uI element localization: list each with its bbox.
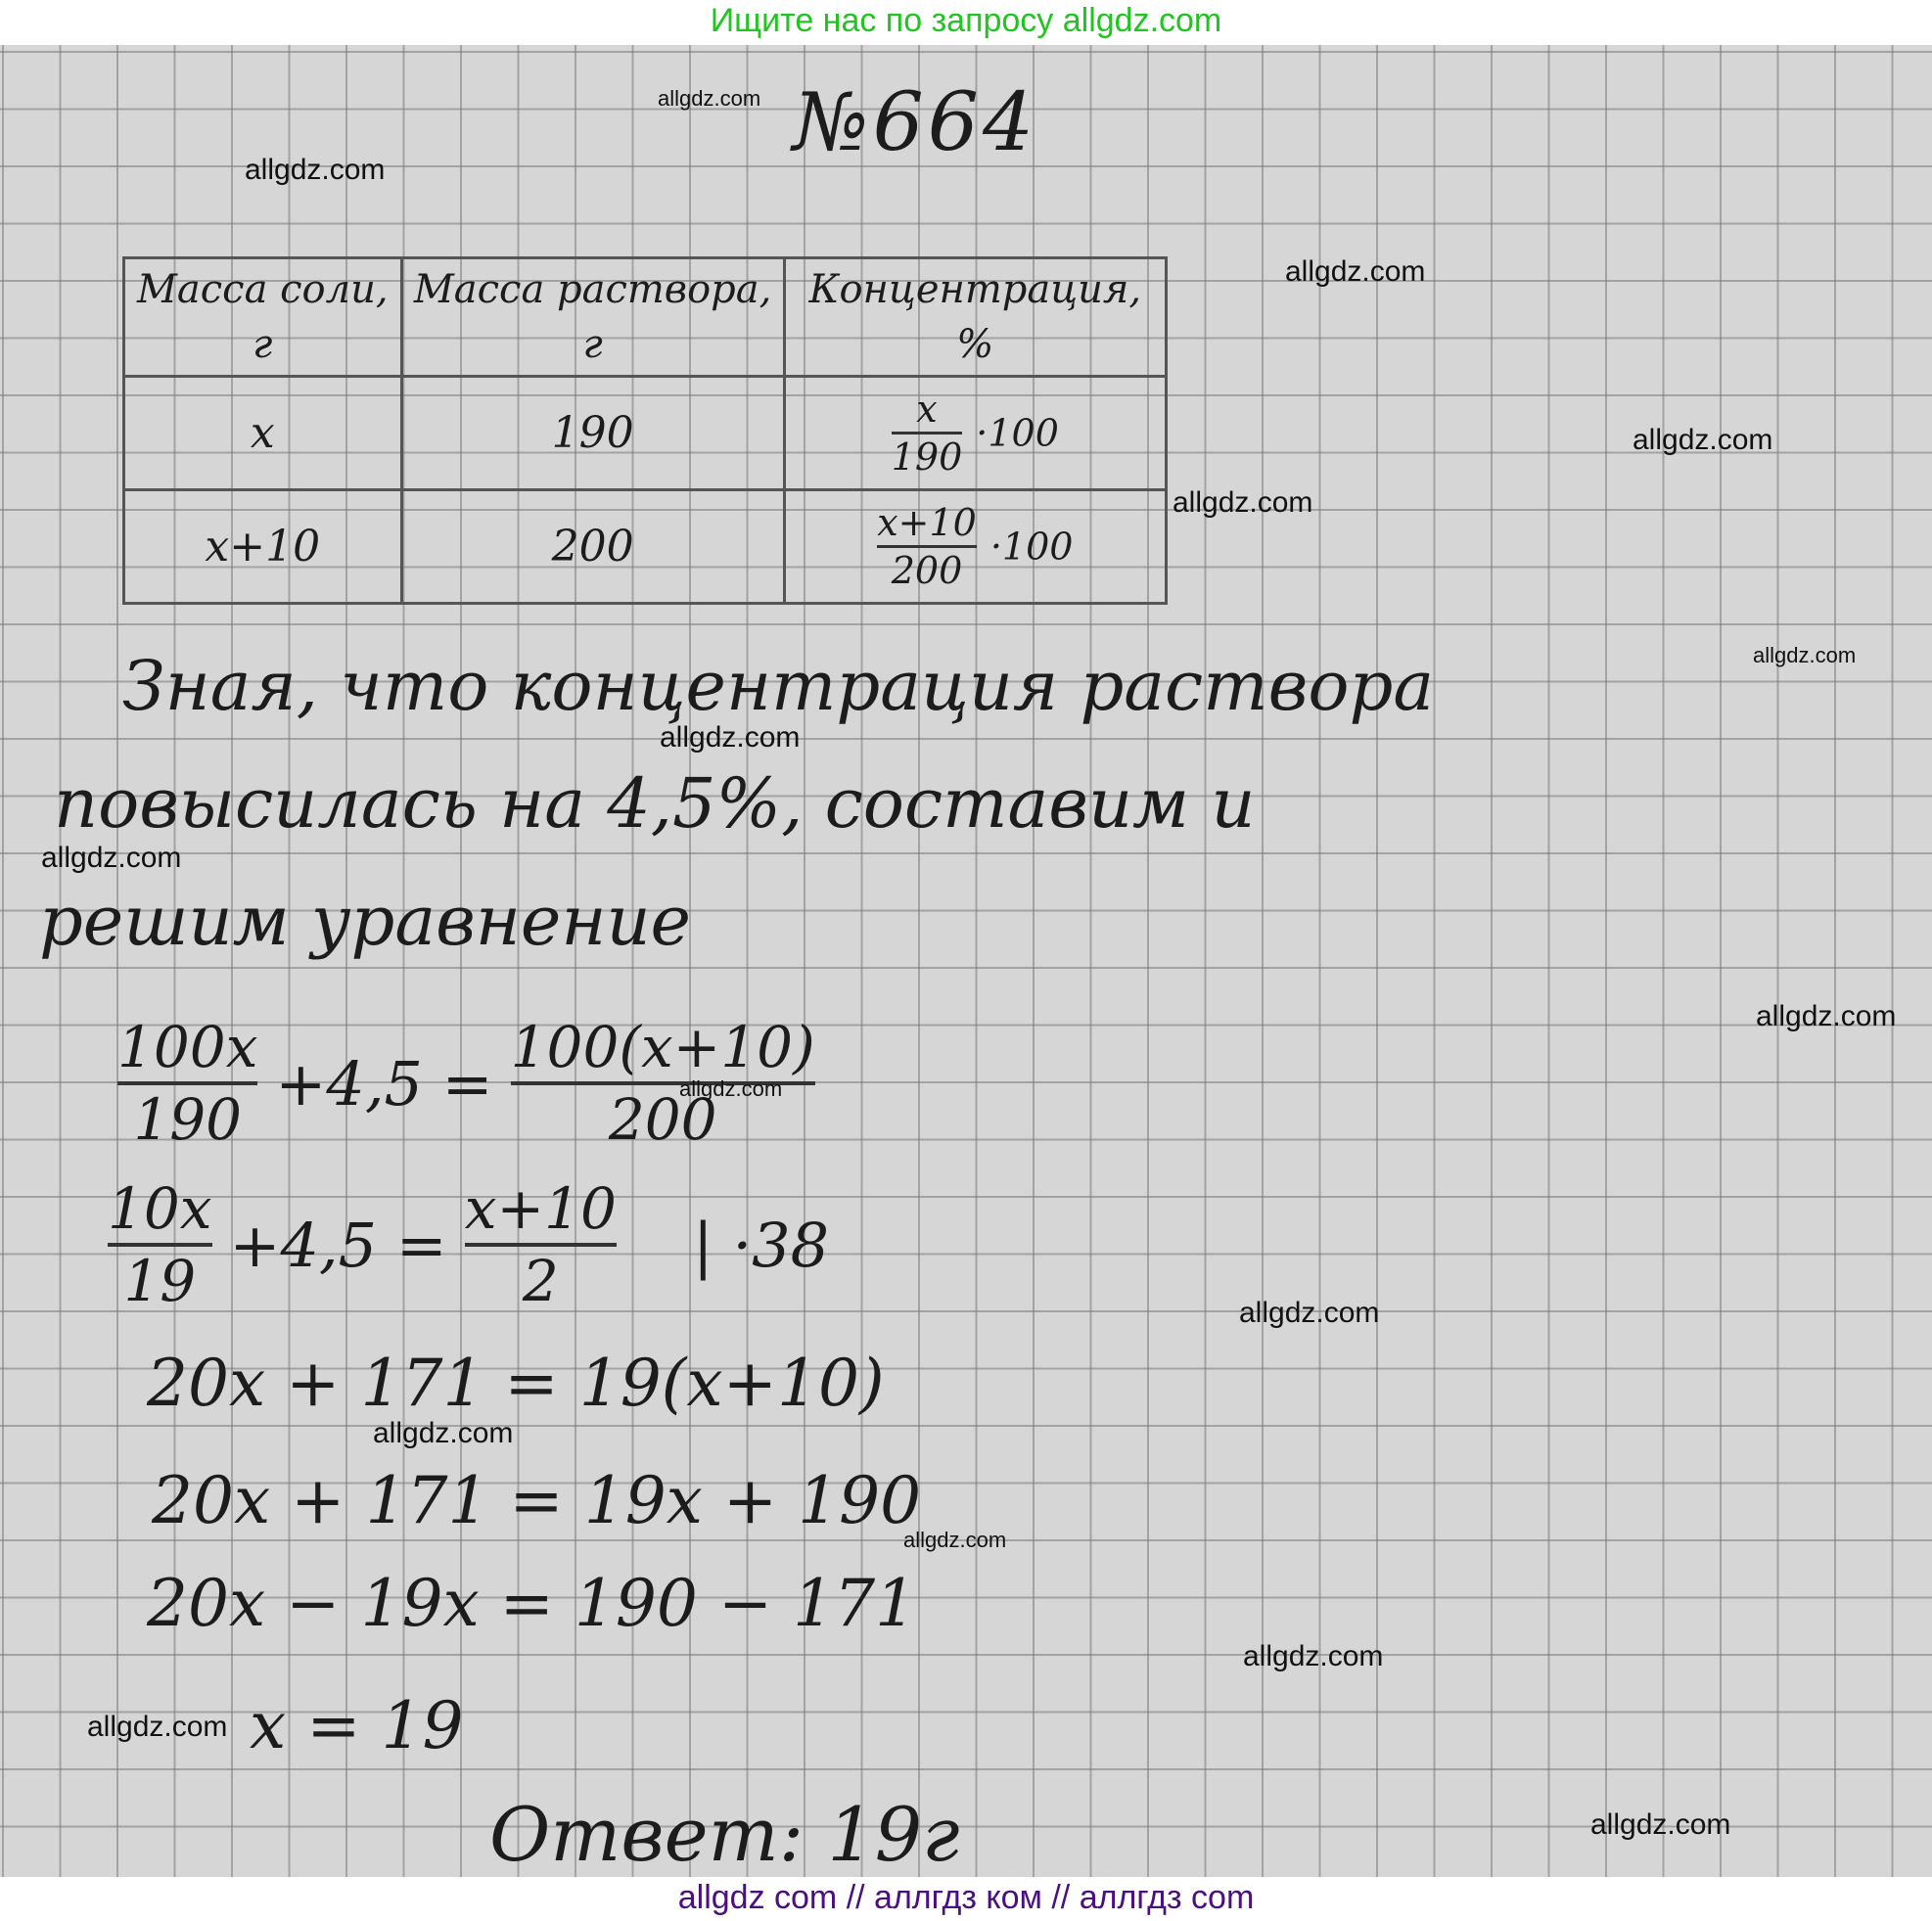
watermark: allgdz.com bbox=[373, 1417, 513, 1450]
table-row: x 190 x 190 ·100 bbox=[124, 377, 1167, 490]
equation-middle: +4,5 = bbox=[230, 1210, 447, 1281]
denominator: 190 bbox=[892, 435, 963, 480]
fraction: x 190 bbox=[892, 387, 963, 480]
equation-3: 20x + 171 = 19(x+10) bbox=[147, 1346, 885, 1421]
watermark: allgdz.com bbox=[1633, 424, 1772, 457]
fraction: 100x 190 bbox=[117, 1013, 257, 1154]
table-header: Концентрация, % bbox=[784, 258, 1166, 377]
numerator: x+10 bbox=[465, 1174, 617, 1243]
bottom-banner: allgdz com // аллгдз ком // аллгдз com bbox=[0, 1877, 1932, 1921]
table-header: Масса раствора, г bbox=[401, 258, 784, 377]
watermark: allgdz.com bbox=[245, 154, 385, 187]
equation-5: 20x − 19x = 190 − 171 bbox=[147, 1566, 916, 1641]
watermark: allgdz.com bbox=[1239, 1297, 1379, 1330]
equation-2: 10x 19 +4,5 = x+10 2 | ·38 bbox=[108, 1174, 829, 1315]
equation-middle: +4,5 = bbox=[275, 1048, 492, 1120]
fraction: 10x 19 bbox=[108, 1174, 212, 1315]
task-number: №664 bbox=[793, 76, 1037, 169]
table-cell: x+10 200 ·100 bbox=[784, 490, 1166, 604]
equation-6: x = 19 bbox=[250, 1688, 463, 1763]
denominator: 2 bbox=[523, 1247, 559, 1315]
table-cell: 200 bbox=[401, 490, 784, 604]
denominator: 19 bbox=[123, 1247, 196, 1315]
numerator: 10x bbox=[108, 1174, 212, 1243]
watermark: allgdz.com bbox=[1173, 486, 1312, 520]
equation-tail: | ·38 bbox=[693, 1210, 829, 1281]
denominator: 190 bbox=[133, 1085, 242, 1154]
watermark: allgdz.com bbox=[658, 86, 760, 112]
numerator: 100x bbox=[117, 1013, 257, 1081]
watermark: allgdz.com bbox=[1285, 255, 1425, 289]
table-cell: 190 bbox=[401, 377, 784, 490]
table-cell: x+10 bbox=[124, 490, 402, 604]
numerator: x bbox=[916, 387, 937, 432]
numerator: 100(x+10) bbox=[511, 1013, 815, 1081]
text-line: Зная, что концентрация раствора bbox=[122, 646, 1434, 726]
multiplier: ·100 bbox=[976, 412, 1059, 455]
answer: Ответ: 19г bbox=[489, 1791, 960, 1878]
table-header-row: Масса соли, г Масса раствора, г Концентр… bbox=[124, 258, 1167, 377]
table-header: Масса соли, г bbox=[124, 258, 402, 377]
denominator: 200 bbox=[892, 548, 963, 593]
fraction: x+10 2 bbox=[465, 1174, 617, 1315]
watermark: allgdz.com bbox=[660, 721, 800, 755]
numerator: x+10 bbox=[877, 500, 977, 545]
multiplier: ·100 bbox=[990, 526, 1074, 569]
watermark: allgdz.com bbox=[41, 842, 181, 875]
watermark: allgdz.com bbox=[1756, 1000, 1896, 1033]
table-cell: x bbox=[124, 377, 402, 490]
fraction: x+10 200 bbox=[877, 500, 977, 593]
data-table: Масса соли, г Масса раствора, г Концентр… bbox=[122, 256, 1168, 605]
watermark: allgdz.com bbox=[87, 1711, 227, 1744]
watermark: allgdz.com bbox=[679, 1076, 782, 1102]
watermark: allgdz.com bbox=[903, 1528, 1006, 1553]
top-banner: Ищите нас по запросу allgdz.com bbox=[0, 0, 1932, 45]
text-line: повысилась на 4,5%, составим и bbox=[54, 763, 1255, 844]
text-line: решим уравнение bbox=[39, 881, 691, 961]
watermark: allgdz.com bbox=[1753, 643, 1856, 668]
table-cell: x 190 ·100 bbox=[784, 377, 1166, 490]
watermark: allgdz.com bbox=[1590, 1808, 1730, 1842]
watermark: allgdz.com bbox=[1243, 1640, 1383, 1673]
table-row: x+10 200 x+10 200 ·100 bbox=[124, 490, 1167, 604]
equation-4: 20x + 171 = 19x + 190 bbox=[152, 1463, 921, 1538]
